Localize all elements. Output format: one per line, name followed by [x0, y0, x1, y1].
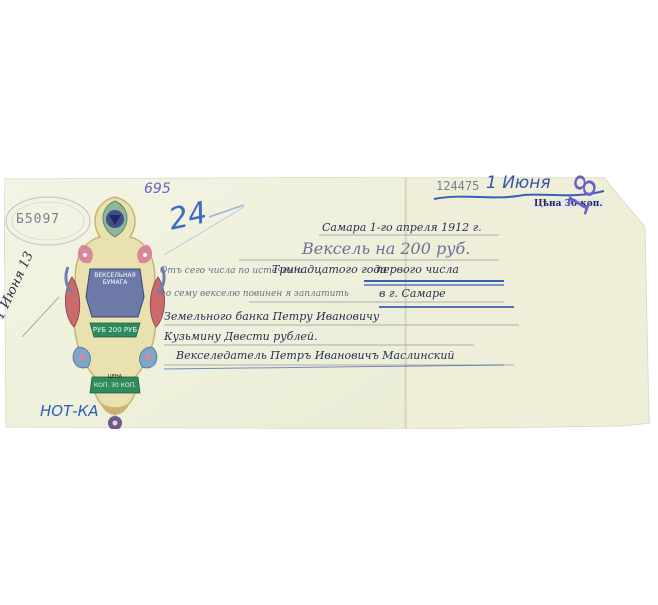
annotation-695: 695: [144, 181, 171, 197]
promissory-note: Б5097 ВЕКСЕЛЬНАЯ БУМАГА РУБ 200 РУБ ЦЕНА…: [4, 177, 652, 429]
line2-hand: в г. Самаре: [379, 287, 446, 300]
place-date: Самара 1-го апреля 1912 г.: [322, 221, 482, 234]
serial-number: 124475: [436, 179, 479, 193]
signature: Векселедатель Петръ Ивановичъ Маслинский: [176, 349, 455, 362]
stamp-price: КОП. 30 КОП.: [90, 382, 140, 389]
line4-hand: Кузьмину Двести рублей.: [164, 330, 317, 343]
oval-stamp-serial: Б5097: [16, 212, 60, 227]
note-title: Вексель на 200 руб.: [302, 239, 470, 258]
stamp-title: ВЕКСЕЛЬНАЯ БУМАГА: [90, 272, 140, 286]
handwritten-date-note: 1 Июня: [486, 173, 551, 193]
paper-background: [4, 177, 652, 429]
stamp-price-label: ЦЕНА: [90, 374, 140, 380]
line1-hand: Тринадцатого года: [272, 263, 387, 276]
stamp-amount: РУБ 200 РУБ: [90, 326, 140, 334]
line2-print: по сему векселю повинен я заплатить: [160, 289, 349, 299]
bottom-note: НОТ-КА: [40, 402, 99, 420]
line3-hand: Земельного банка Петру Ивановичу: [164, 310, 379, 323]
line1-hand2: первого числа: [376, 263, 459, 276]
